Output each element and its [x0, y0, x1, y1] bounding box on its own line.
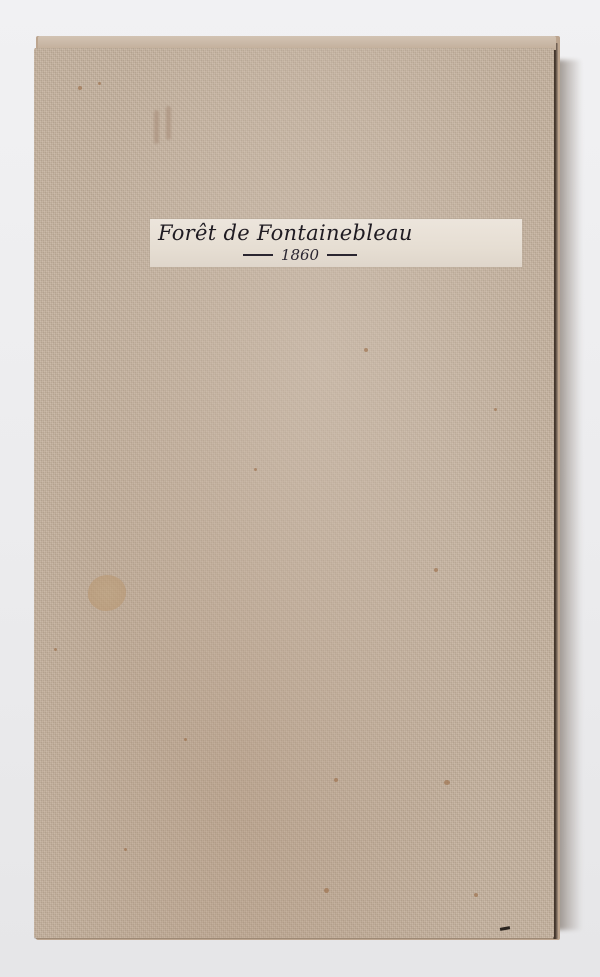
foxing-spot [324, 888, 329, 893]
foxing-spot [254, 468, 257, 471]
foxing-spot [434, 568, 438, 572]
crease-mark [154, 110, 159, 144]
photo-scene: Forêt de Fontainebleau 1860 [0, 0, 600, 977]
foxing-spot [54, 648, 57, 651]
dash-right [327, 254, 357, 256]
title-label: Forêt de Fontainebleau 1860 [150, 219, 522, 267]
linen-cover [34, 48, 554, 938]
foxing-spot [98, 82, 101, 85]
foxing-spot [334, 778, 338, 782]
foxing-spot [444, 780, 450, 785]
dash-left [243, 254, 273, 256]
foxing-spot [364, 348, 368, 352]
foxing-spot [78, 86, 82, 90]
foxing-spot [474, 893, 478, 897]
label-year: 1860 [281, 246, 319, 264]
crease-mark [166, 106, 171, 140]
label-year-row: 1860 [150, 246, 450, 264]
foxing-spot [124, 848, 127, 851]
label-title: Forêt de Fontainebleau [158, 221, 522, 245]
foxing-spot [494, 408, 497, 411]
foxing-spot [184, 738, 187, 741]
